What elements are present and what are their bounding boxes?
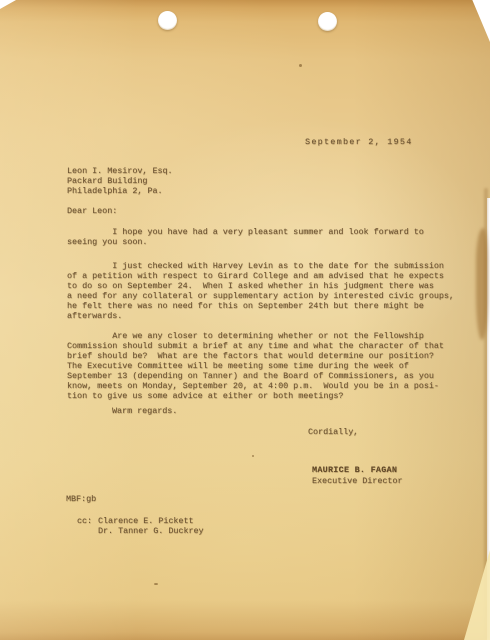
body-paragraph-2: I just checked with Harvey Levin as to t… [67, 261, 454, 321]
paper-speck [252, 455, 254, 457]
body-paragraph-3: Are we any closer to determining whether… [67, 331, 444, 401]
cc-name: Clarence E. Pickett [98, 516, 194, 526]
body-paragraph-1: I hope you have had a very pleasant summ… [67, 227, 424, 247]
recipient-address-block: Leon I. Mesirov, Esq. Packard Building P… [67, 166, 173, 196]
signature-title: Executive Director [312, 476, 402, 486]
bottom-right-fold [464, 550, 490, 640]
punch-hole-left [158, 11, 177, 30]
signature-name: MAURICE B. FAGAN [312, 465, 397, 475]
typist-reference-initials: MBF:gb [66, 494, 96, 504]
cc-name: Dr. Tanner G. Duckrey [98, 526, 204, 536]
closing-line: Cordially, [308, 427, 358, 437]
paper-speck [154, 583, 158, 585]
scanned-letter-page: September 2, 1954 Leon I. Mesirov, Esq. … [0, 0, 490, 640]
paper-speck [299, 64, 302, 67]
cc-label: cc: [77, 516, 92, 526]
letter-date: September 2, 1954 [305, 137, 413, 147]
torn-corner-top-left [0, 0, 16, 9]
warm-regards-line: Warm regards. [112, 406, 177, 416]
salutation: Dear Leon: [67, 206, 117, 216]
right-edge-stain [476, 228, 488, 340]
punch-hole-right [318, 12, 337, 31]
